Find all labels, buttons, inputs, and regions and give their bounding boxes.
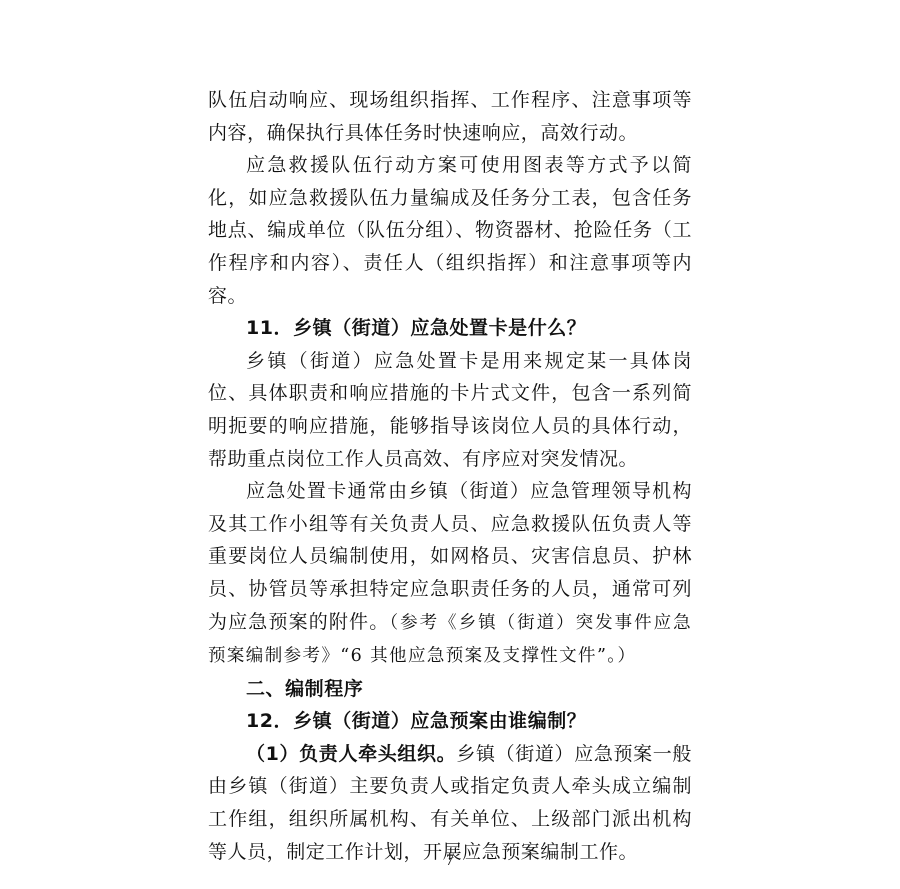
paragraph-disposal-card-usage: 应急处置卡通常由乡镇（街道）应急管理领导机构及其工作小组等有关负责人员、应急救援… — [208, 475, 692, 673]
paragraph-continuation: 队伍启动响应、现场组织指挥、工作程序、注意事项等内容，确保执行具体任务时快速响应… — [208, 84, 692, 149]
section-2-heading: 二、编制程序 — [208, 673, 692, 706]
page-number: 7 — [0, 852, 900, 870]
usage-text: 应急处置卡通常由乡镇（街道）应急管理领导机构及其工作小组等有关负责人员、应急救援… — [208, 480, 692, 632]
question-11-heading: 11．乡镇（街道）应急处置卡是什么？ — [208, 312, 692, 345]
paragraph-action-plan: 应急救援队伍行动方案可使用图表等方式予以简化，如应急救援队伍力量编成及任务分工表… — [208, 149, 692, 312]
paragraph-lead-in: （1）负责人牵头组织。 — [246, 743, 456, 765]
paragraph-disposal-card-definition: 乡镇（街道）应急处置卡是用来规定某一具体岗位、具体职责和响应措施的卡片式文件，包… — [208, 345, 692, 475]
document-page: 队伍启动响应、现场组织指挥、工作程序、注意事项等内容，确保执行具体任务时快速响应… — [0, 0, 900, 889]
body-text: 队伍启动响应、现场组织指挥、工作程序、注意事项等内容，确保执行具体任务时快速响应… — [208, 84, 692, 868]
paragraph-leader-organizes: （1）负责人牵头组织。乡镇（街道）应急预案一般由乡镇（街道）主要负责人或指定负责… — [208, 738, 692, 868]
question-12-heading: 12．乡镇（街道）应急预案由谁编制？ — [208, 705, 692, 738]
